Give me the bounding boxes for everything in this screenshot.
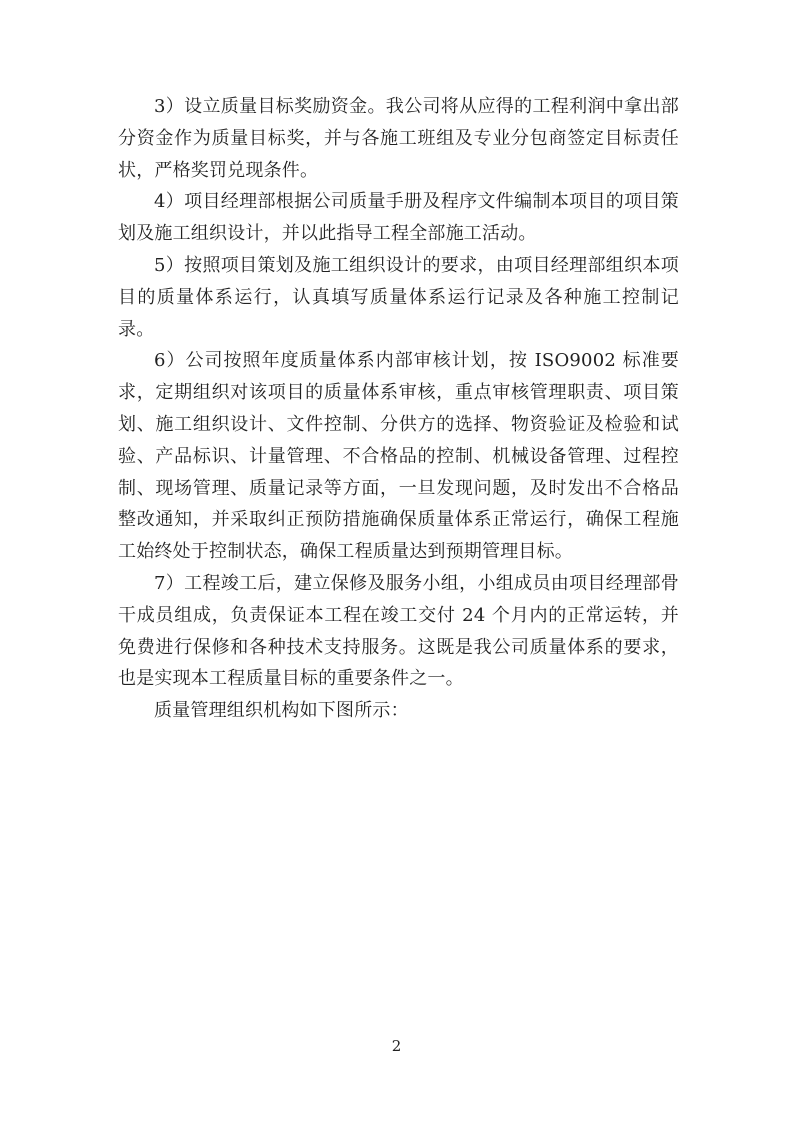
page-footer: 2 (0, 1036, 793, 1056)
paragraph-lead-in-figure: 质量管理组织机构如下图所示： (118, 695, 679, 727)
document-page: 3）设立质量目标奖励资金。我公司将从应得的工程利润中拿出部分资金作为质量目标奖，… (0, 0, 793, 1122)
paragraph-item-3: 3）设立质量目标奖励资金。我公司将从应得的工程利润中拿出部分资金作为质量目标奖，… (118, 91, 679, 186)
paragraph-item-6: 6）公司按照年度质量体系内部审核计划，按 ISO9002 标准要求，定期组织对该… (118, 345, 679, 568)
page-number: 2 (392, 1037, 402, 1055)
paragraph-item-5: 5）按照项目策划及施工组织设计的要求，由项目经理部组织本项目的质量体系运行，认真… (118, 250, 679, 345)
paragraph-item-4: 4）项目经理部根据公司质量手册及程序文件编制本项目的项目策划及施工组织设计，并以… (118, 186, 679, 250)
paragraph-item-7: 7）工程竣工后，建立保修及服务小组，小组成员由项目经理部骨干成员组成，负责保证本… (118, 568, 679, 695)
document-body: 3）设立质量目标奖励资金。我公司将从应得的工程利润中拿出部分资金作为质量目标奖，… (118, 91, 679, 727)
